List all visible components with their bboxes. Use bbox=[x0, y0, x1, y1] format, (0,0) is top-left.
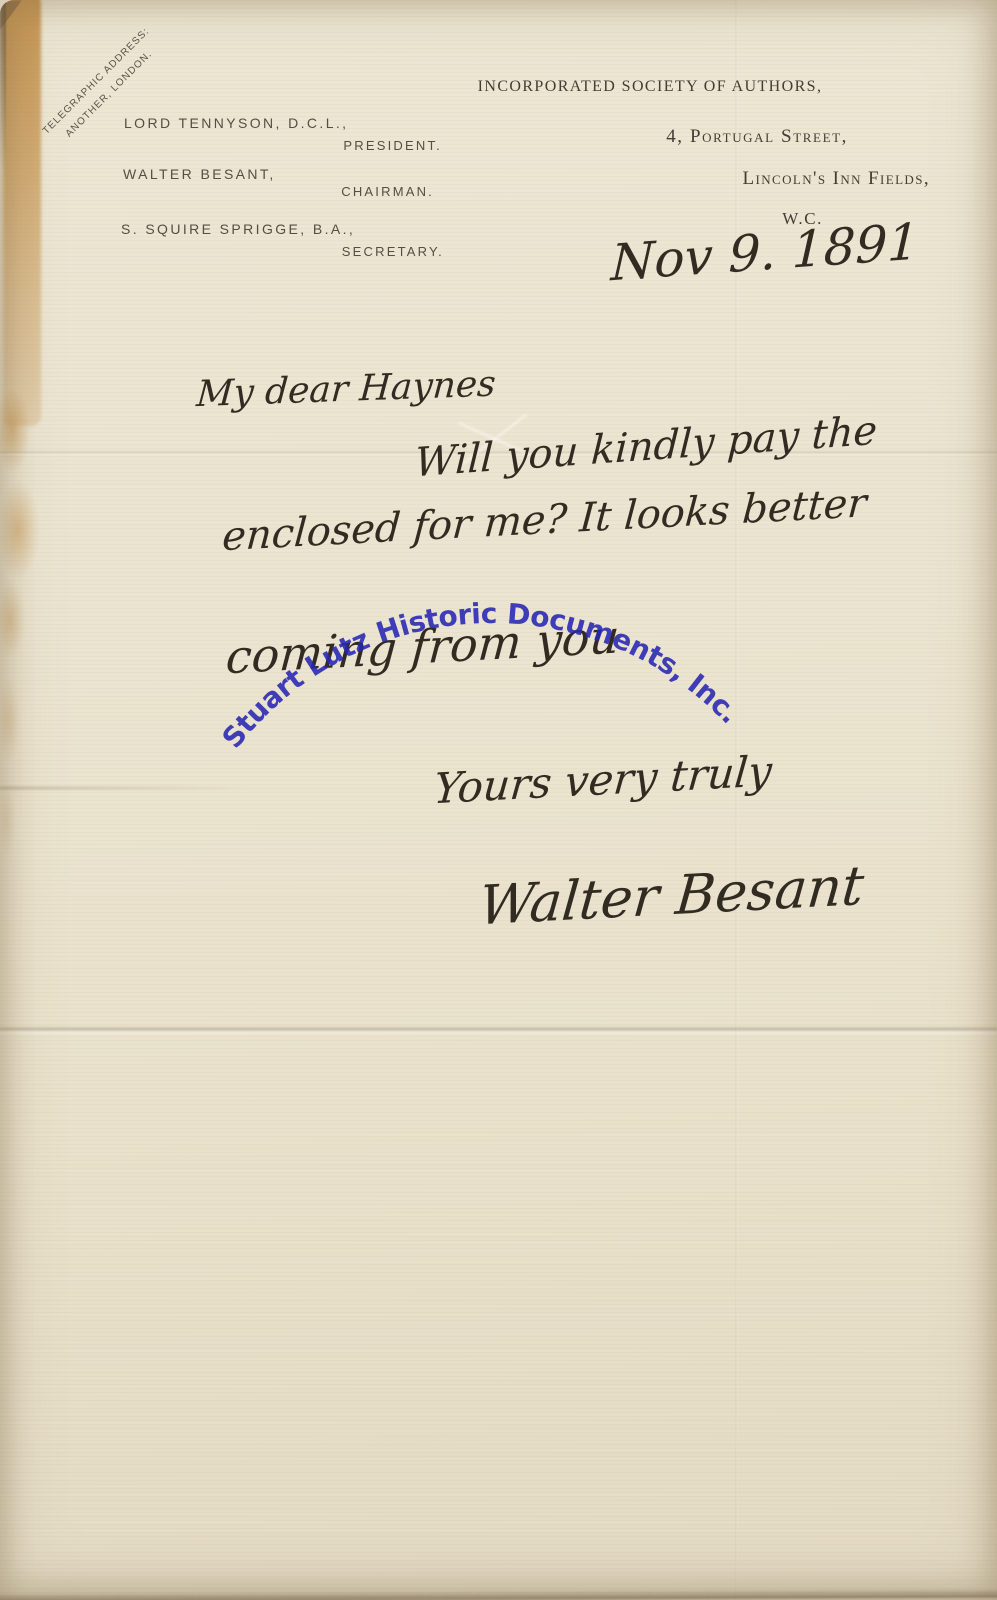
officer-title-secretary: SECRETARY. bbox=[330, 244, 444, 259]
letter-scan-page: TELEGRAPHIC ADDRESS: ANOTHER, LONDON. LO… bbox=[0, 0, 997, 1600]
handwritten-date: Nov 9. 1891 bbox=[610, 212, 920, 292]
telegraphic-address-line1: TELEGRAPHIC ADDRESS: bbox=[20, 5, 174, 159]
organization-name: INCORPORATED SOCIETY OF AUTHORS, bbox=[450, 78, 850, 96]
officer-title-president: PRESIDENT. bbox=[330, 138, 442, 153]
closing: Yours very truly bbox=[432, 746, 774, 813]
address-line-1: 4, Portugal Street, bbox=[666, 126, 848, 148]
body-line-2: enclosed for me? It looks better bbox=[221, 480, 868, 560]
officer-name-secretary: S. SQUIRE SPRIGGE, B.A., bbox=[121, 221, 355, 237]
fold-crease-lower bbox=[0, 1026, 997, 1035]
officer-name-chairman: WALTER BESANT, bbox=[123, 166, 276, 182]
officer-name-president: LORD TENNYSON, D.C.L., bbox=[124, 115, 348, 131]
tape-stain-top bbox=[3, 0, 41, 426]
telegraphic-address: TELEGRAPHIC ADDRESS: ANOTHER, LONDON. bbox=[20, 5, 187, 172]
body-line-1: Will you kindly pay the bbox=[414, 408, 879, 487]
bottom-edge-shadow bbox=[0, 1589, 997, 1600]
signature: Walter Besant bbox=[476, 854, 866, 938]
tape-stain-blotches bbox=[0, 390, 44, 870]
body-line-3: coming from you bbox=[224, 609, 621, 684]
officer-title-chairman: CHAIRMAN. bbox=[330, 184, 434, 199]
telegraphic-address-line2: ANOTHER, LONDON. bbox=[32, 17, 186, 171]
salutation: My dear Haynes bbox=[195, 364, 497, 416]
address-line-2: Lincoln's Inn Fields, bbox=[742, 168, 930, 190]
